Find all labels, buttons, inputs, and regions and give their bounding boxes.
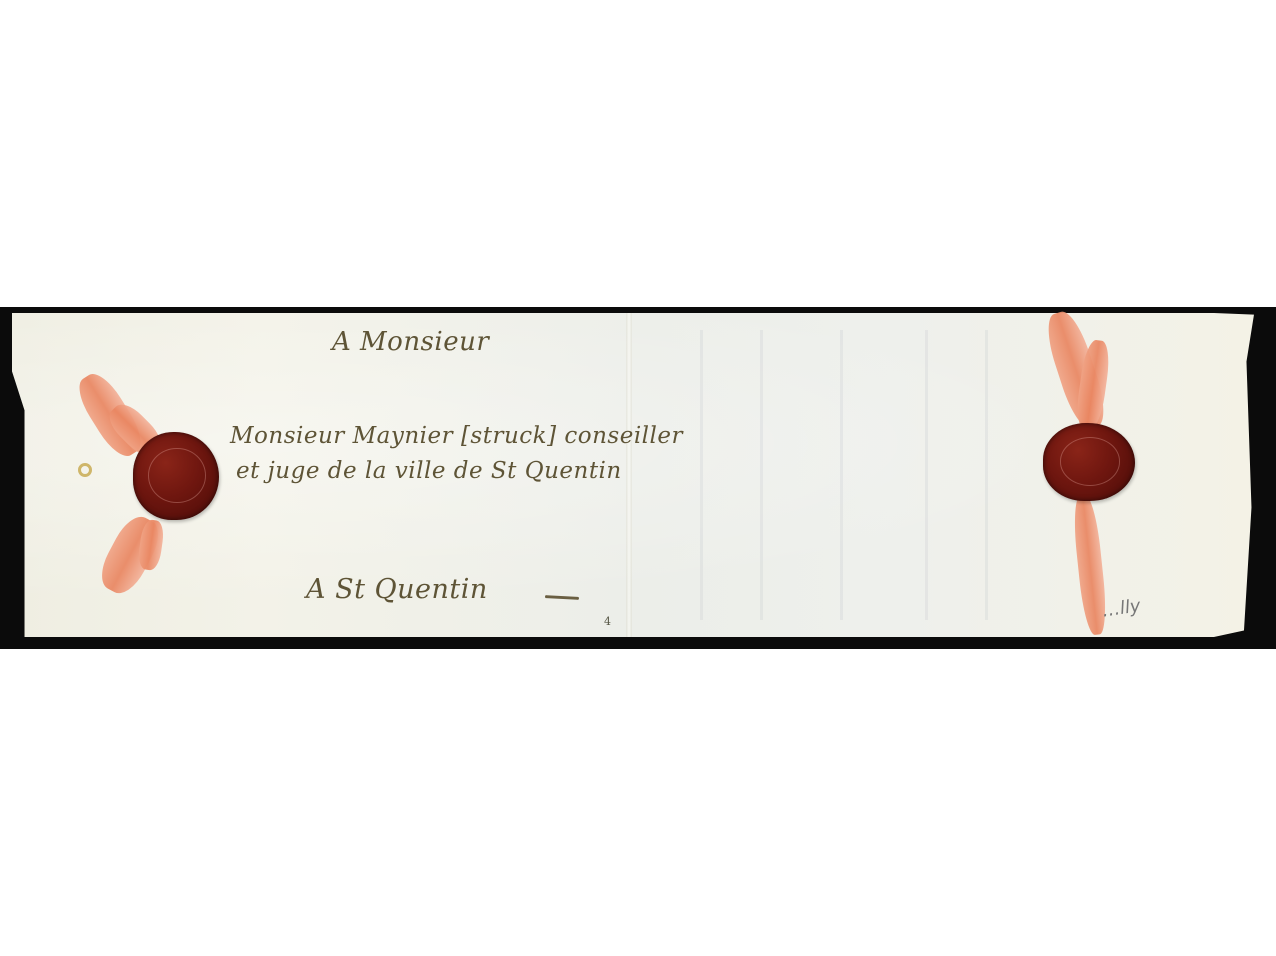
center-fold-line (626, 313, 632, 637)
bleed-through-ink (700, 330, 703, 620)
address-line-2: Monsieur Maynier [struck] conseiller (230, 423, 683, 449)
wax-seal-left (133, 432, 219, 520)
bleed-through-ink (925, 330, 928, 620)
bleed-through-ink (840, 330, 843, 620)
bleed-through-ink (760, 330, 763, 620)
ink-ring-mark (78, 463, 92, 477)
address-line-3: et juge de la ville de St Quentin (236, 458, 622, 484)
address-line-4: A St Quentin (306, 574, 488, 605)
bleed-through-ink (985, 330, 988, 620)
folio-mark: 4 (604, 615, 611, 628)
wax-seal-right (1043, 423, 1135, 501)
address-line-1: A Monsieur (332, 327, 489, 357)
